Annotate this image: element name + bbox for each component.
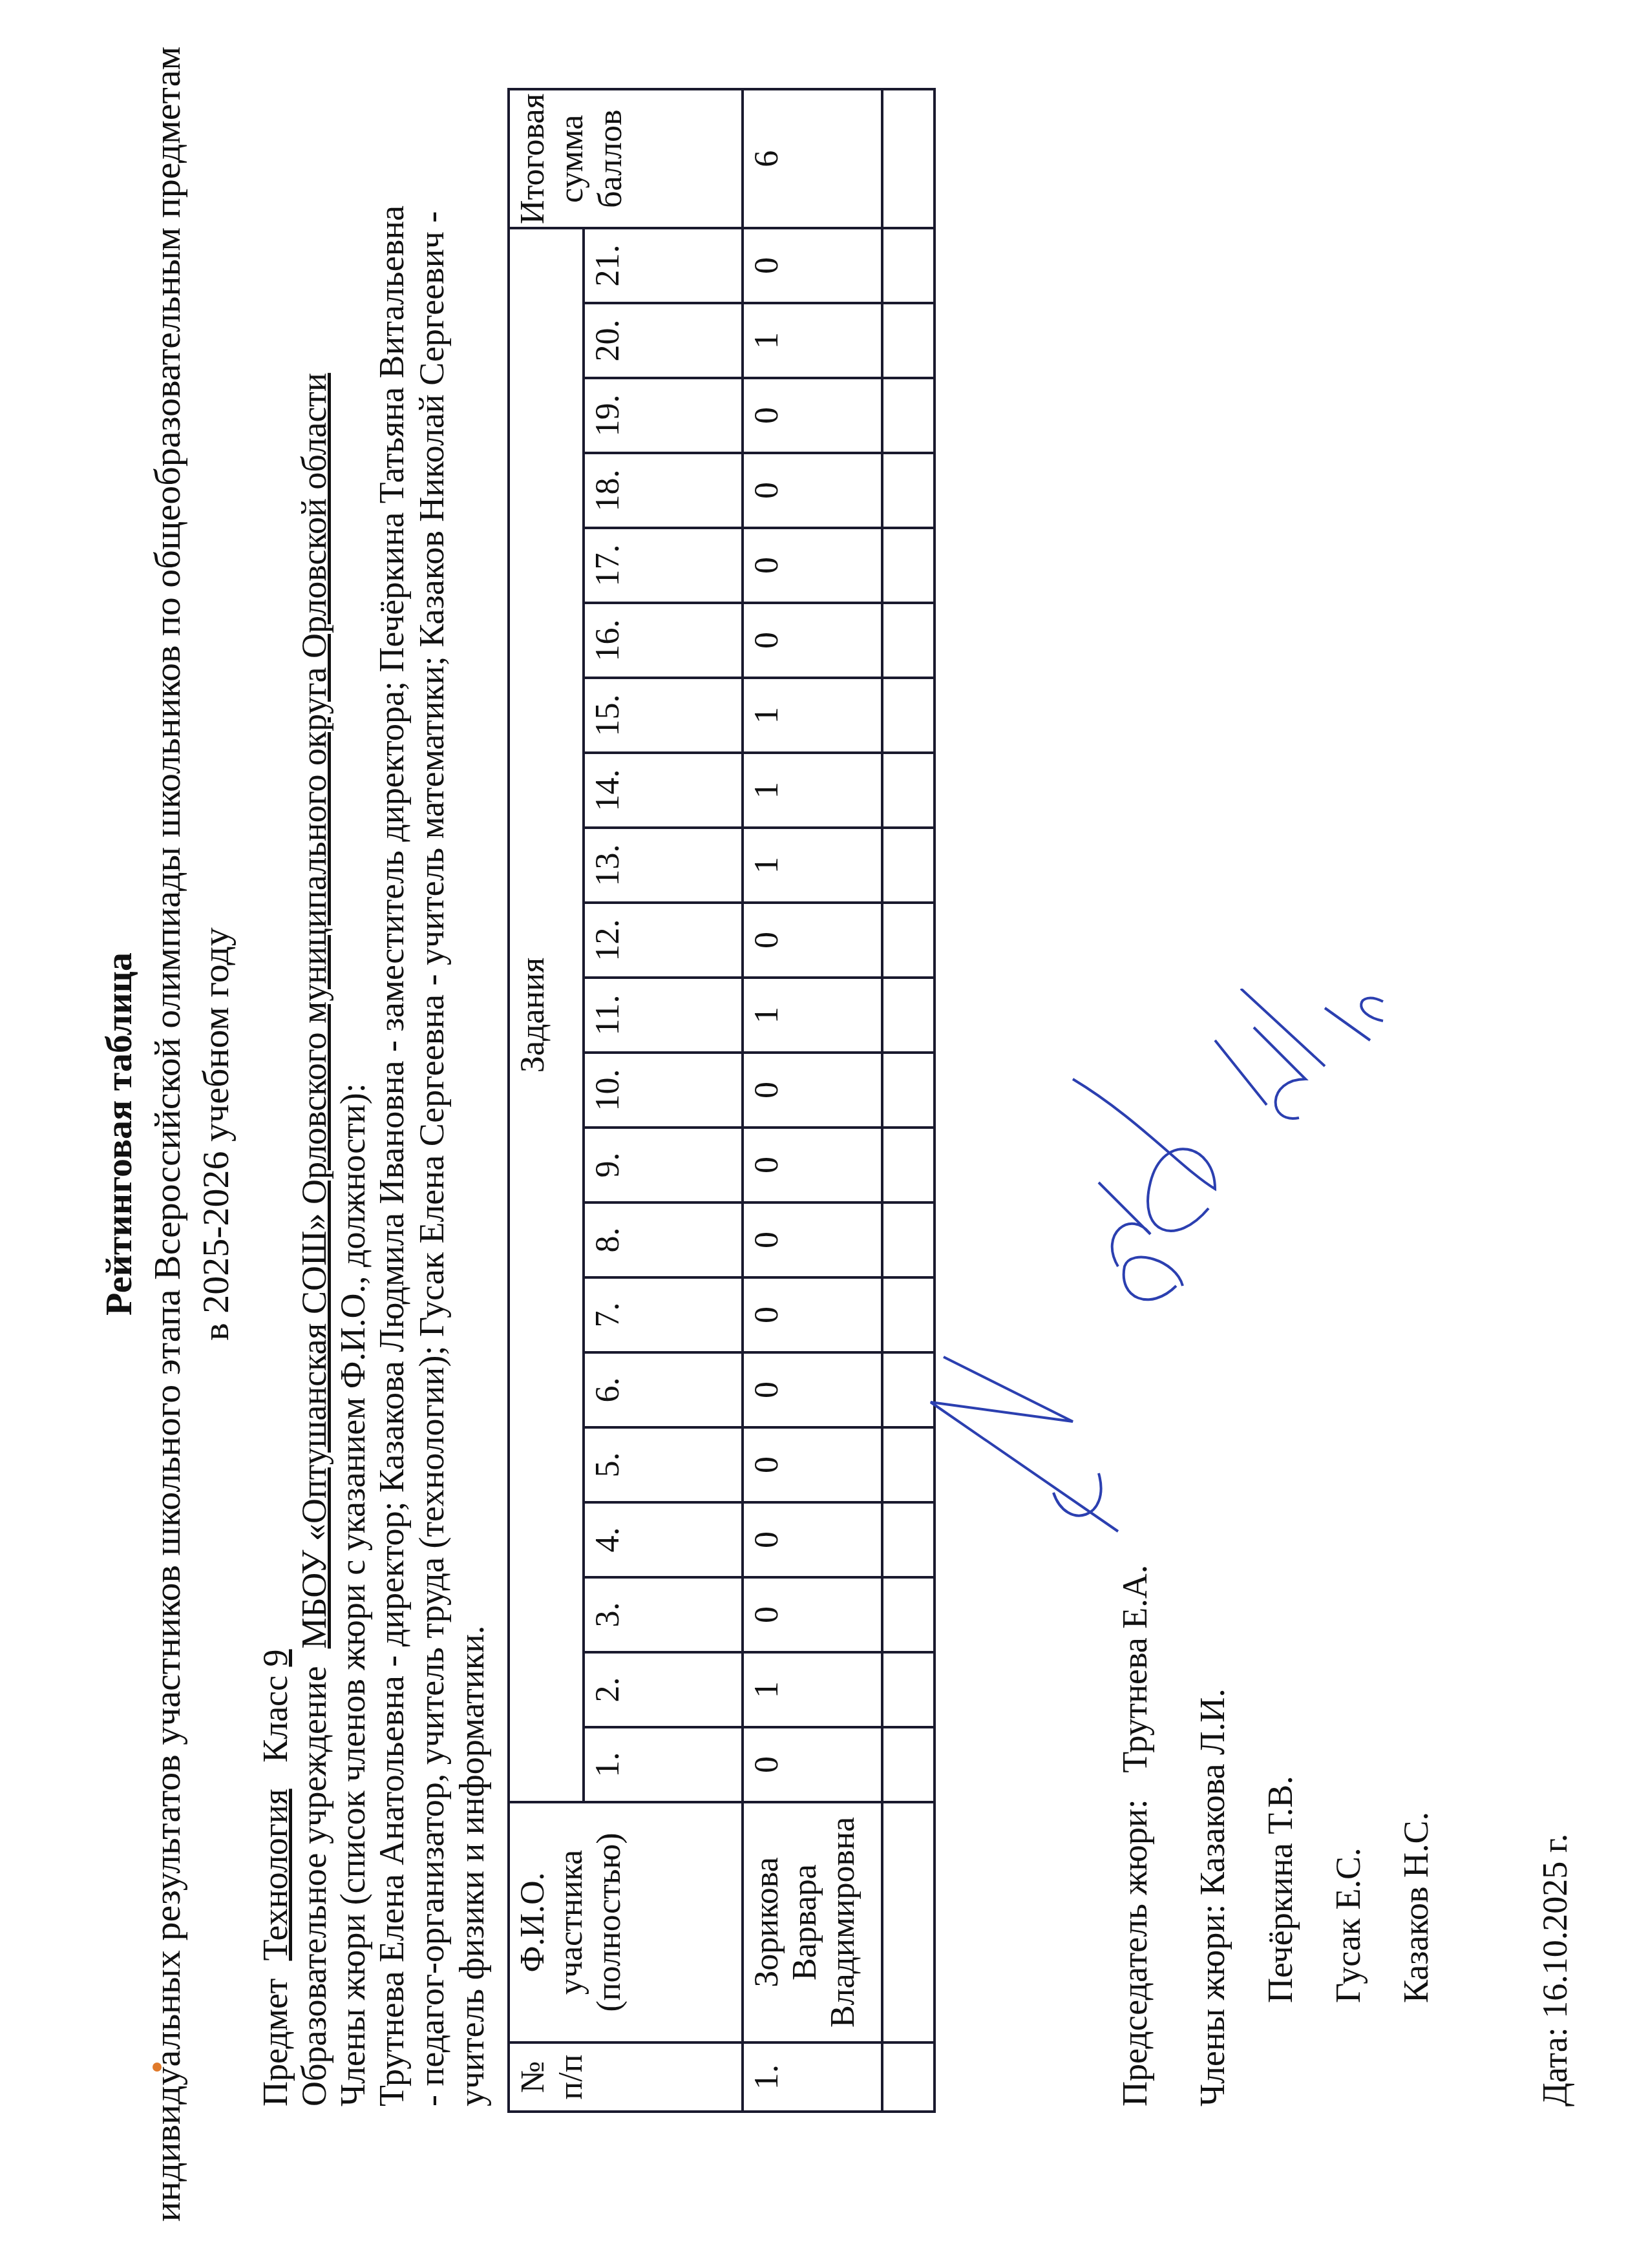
document-title: Рейтинговая таблица [97,0,140,2268]
document-date: Дата: 16.10.2025 г. [1535,1834,1575,2106]
total-score: 6 [743,90,882,229]
task-score: 0 [743,1427,882,1502]
subject-line: Предмет Технология Класс 9 [255,168,295,2106]
empty-cell [882,903,935,978]
task-header: 8. [584,1202,743,1277]
empty-cell [882,528,935,603]
member-line: Казаков Н.С. [1396,1812,1436,2003]
school-value: МБОУ «Оптушанская СОШ» Орловского муници… [295,373,333,1648]
school-label: Образовательное учреждение [295,1666,333,2106]
empty-cell [882,90,935,229]
task-header: 12. [584,903,743,978]
task-header: 9. [584,1128,743,1202]
empty-cell [882,2042,935,2112]
members-label: Члены жюри: [1193,1904,1232,2106]
rating-table: № п/пФ.И.О. участника (полностью)Задания… [507,89,936,2114]
member-line: Гусак Е.С. [1328,1848,1368,2004]
chair-signature-line: Председатель жюри: Трутнева Е.А. [1115,1565,1155,2106]
header-tasks: Задания [509,228,584,1802]
member-line: Печёркина Т.В. [1260,1776,1300,2003]
header-name: Ф.И.О. участника (полностью) [509,1802,743,2042]
task-score: 0 [743,1577,882,1652]
task-score: 0 [743,1053,882,1128]
task-score: 1 [743,828,882,903]
empty-cell [882,753,935,828]
empty-cell [882,603,935,678]
member-name: Казакова Л.И. [1193,1688,1232,1895]
task-header: 7. [584,1277,743,1352]
task-score: 1 [743,303,882,378]
chair-label: Председатель жюри: [1115,1799,1154,2106]
members-signature-line: Члены жюри: Казакова Л.И. [1192,1688,1232,2106]
empty-cell [882,1652,935,1727]
date-label: Дата: [1536,2027,1574,2106]
task-header: 21. [584,228,743,303]
header-total: Итоговая сумма баллов [509,90,743,229]
jury-list: Трутнева Елена Анатольевна - директор; К… [372,200,492,2106]
empty-cell [882,678,935,753]
empty-cell [882,228,935,303]
chair-name: Трутнева Е.А. [1115,1565,1154,1773]
task-header: 18. [584,453,743,528]
task-header: 17. [584,528,743,603]
task-score: 1 [743,753,882,828]
task-score: 0 [743,1277,882,1352]
handwritten-signatures-icon [905,989,1551,1570]
task-header: 5. [584,1427,743,1502]
subtitle-part-1: индивиду [146,2067,188,2222]
task-score: 0 [743,903,882,978]
class-label: Класс [256,1675,295,1763]
task-header: 14. [584,753,743,828]
task-score: 0 [743,1128,882,1202]
row-num: 1. [743,2042,882,2112]
task-score: 0 [743,1727,882,1802]
task-score: 1 [743,1652,882,1727]
task-header: 20. [584,303,743,378]
task-header: 19. [584,378,743,453]
task-header: 4. [584,1502,743,1577]
task-score: 0 [743,603,882,678]
task-score: 0 [743,453,882,528]
task-header: 6. [584,1352,743,1427]
marker-dot-icon [153,2063,162,2072]
empty-cell [882,1727,935,1802]
task-header: 10. [584,1053,743,1128]
empty-cell [882,378,935,453]
subtitle-part-2: альных результатов участников школьного … [146,47,188,2067]
task-score: 0 [743,378,882,453]
task-score: 0 [743,1502,882,1577]
task-header: 1. [584,1727,743,1802]
participant-name: Зорикова Варвара Владимировна [743,1802,882,2042]
academic-year: в 2025-2026 учебном году [194,0,237,2268]
empty-cell [882,1577,935,1652]
task-header: 16. [584,603,743,678]
task-score: 0 [743,528,882,603]
task-score: 1 [743,978,882,1053]
date-value: 16.10.2025 г. [1536,1834,1574,2019]
class-value: 9 [256,1649,295,1666]
task-header: 11. [584,978,743,1053]
empty-cell [882,303,935,378]
task-header: 15. [584,678,743,753]
task-score: 0 [743,1352,882,1427]
document-page: Рейтинговая таблица индивидуальных резул… [0,0,1648,2268]
document-subtitle: индивидуальных результатов участников шк… [145,0,189,2268]
task-score: 1 [743,678,882,753]
task-header: 13. [584,828,743,903]
empty-cell [882,1802,935,2042]
school-line: Образовательное учреждение МБОУ «Оптушан… [294,168,334,2106]
task-header: 2. [584,1652,743,1727]
empty-cell [882,828,935,903]
jury-title: Члены жюри (список членов жюри с указани… [333,168,373,2106]
subject-label: Предмет [256,1979,295,2106]
task-score: 0 [743,1202,882,1277]
task-header: 3. [584,1577,743,1652]
empty-cell [882,453,935,528]
subject-value: Технология [256,1789,295,1960]
header-num: № п/п [509,2042,743,2112]
task-score: 0 [743,228,882,303]
table-row: 1.Зорикова Варвара Владимировна010000000… [743,90,882,2112]
